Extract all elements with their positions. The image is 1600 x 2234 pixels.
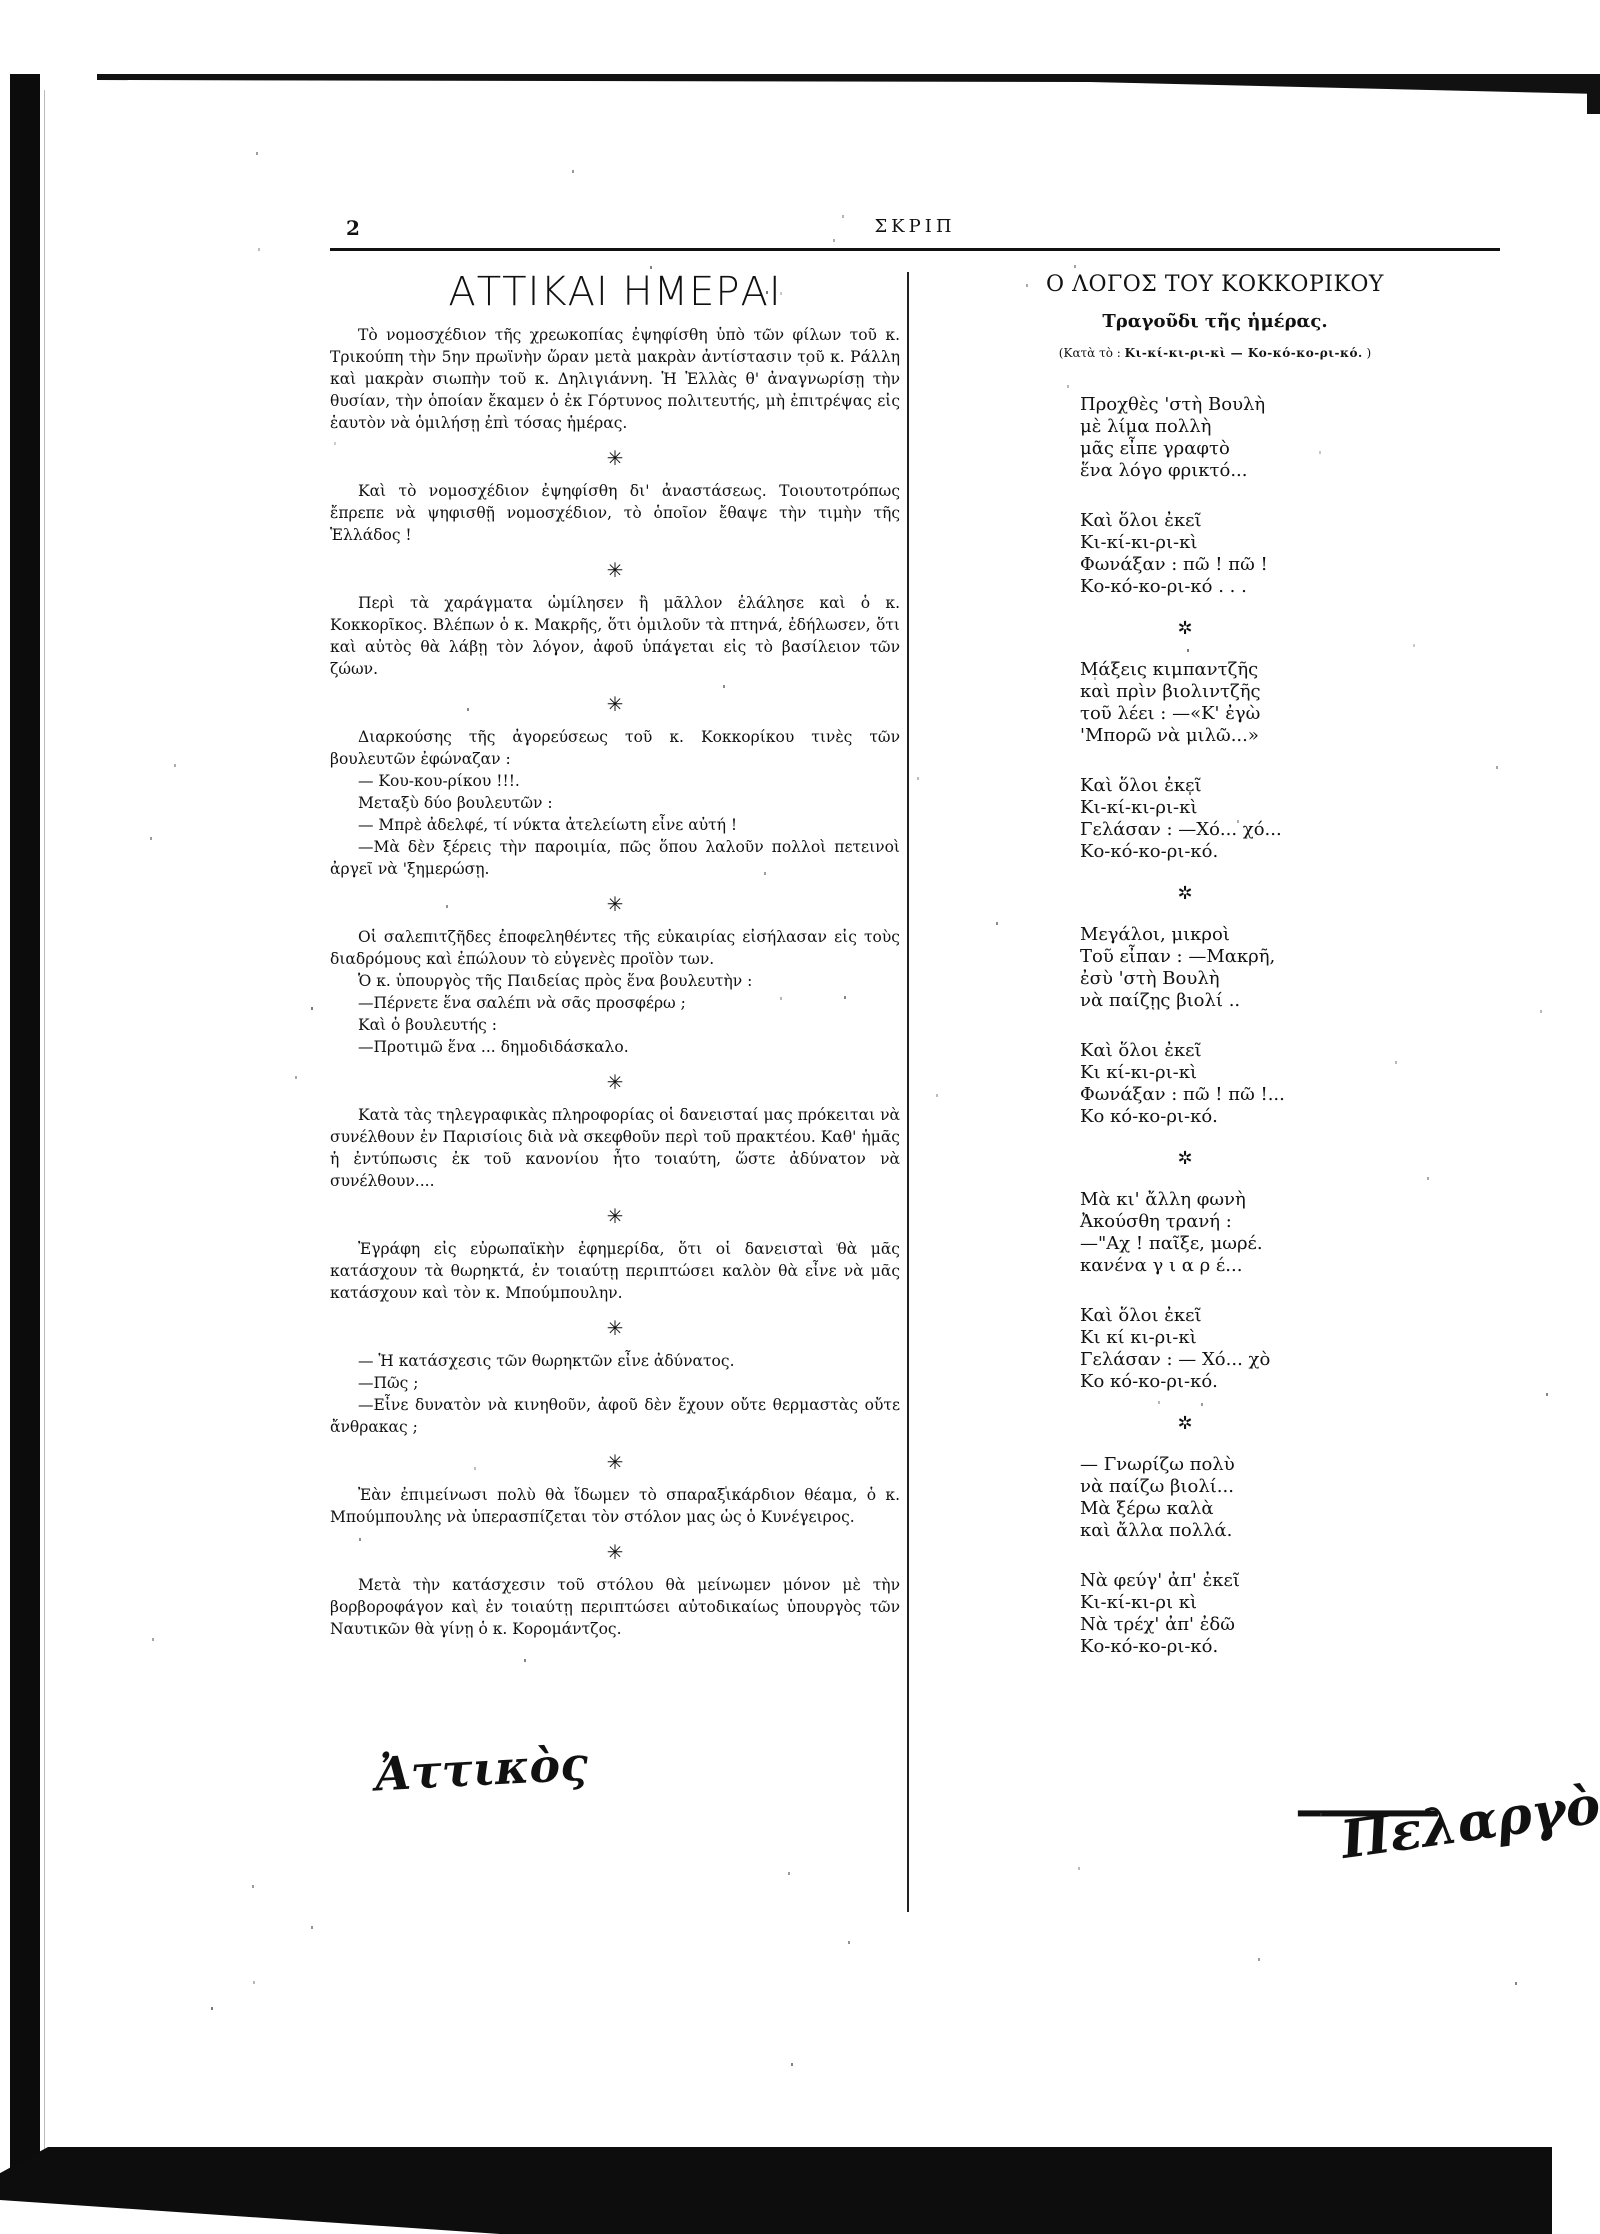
scan-speck [253, 1981, 255, 1984]
section-separator-star-icon: ✳ [330, 694, 900, 714]
poem-verse: Κι κί-κι-ρι-κὶ [1080, 1062, 1500, 1084]
poem-verse: μᾶς εἶπε γραφτὸ [1080, 438, 1500, 460]
paragraph-text: Περὶ τὰ χαράγματα ὡμίλησεν ἢ μᾶλλον ἐλάλ… [330, 594, 900, 678]
scan-speck [174, 764, 176, 767]
scan-speck [730, 1115, 732, 1118]
scan-speck [833, 239, 835, 242]
paragraph-text: Τὸ νομοσχέδιον τῆς χρεωκοπίας ἐψηφίσθη ὑ… [330, 326, 900, 432]
paragraph-text: —Εἶνε δυνατὸν νὰ κινηθοῦν, ἀφοῦ δὲν ἔχου… [330, 1396, 900, 1436]
paragraph-text: Ἐὰν ἐπιμείνωσι πολὺ θὰ ἴδωμεν τὸ σπαραξι… [330, 1486, 900, 1526]
paragraph-text: Ἐγράφη εἰς εὐρωπαϊκὴν ἐφημερίδα, ὅτι οἱ … [330, 1240, 900, 1302]
article-paragraph: Τὸ νομοσχέδιον τῆς χρεωκοπίας ἐψηφίσθη ὑ… [330, 324, 900, 434]
column-divider [907, 272, 909, 1912]
scan-speck [311, 1926, 313, 1929]
scan-speck [1258, 1958, 1260, 1961]
scan-speck [524, 1659, 526, 1662]
scan-speck [936, 1094, 938, 1097]
scan-speck [836, 1243, 838, 1246]
section-separator-star-icon: ✳ [330, 1542, 900, 1562]
scan-speck [1515, 1982, 1517, 1985]
poem-logos-tou-kokkorikou: Ο ΛΟΓΟΣ ΤΟΥ ΚΟΚΚΟΡΙΚΟΥ Τραγοῦδι τῆς ἡμέρ… [930, 260, 1500, 1686]
article-paragraph: —Μὰ δὲν ξέρεις τὴν παροιμία, πῶς ὅπου λα… [330, 836, 900, 880]
poem-verse: Κο-κό-κο-ρι-κό. [1080, 841, 1500, 863]
poem-verse: Κι-κί-κι-ρι κὶ [1080, 1592, 1500, 1614]
dialogue-line: —Πῶς ; [330, 1372, 900, 1394]
scan-speck [1026, 284, 1028, 287]
scan-speck [1540, 1010, 1542, 1013]
scan-speck [252, 1885, 254, 1888]
poem-verse: Κι-κί-κι-ρι-κὶ [1080, 797, 1500, 819]
poem-verse: Καὶ ὅλοι ἐκεῖ [1080, 775, 1500, 797]
scan-speck [791, 2063, 793, 2066]
paragraph-text: Οἱ σαλεπιτζῆδες ἐποφεληθέντες τῆς εὐκαιρ… [330, 928, 900, 968]
scan-speck [1496, 766, 1498, 769]
poem-verse: Μεγάλοι, μικροὶ [1080, 924, 1500, 946]
poem-stanza: Καὶ ὅλοι ἐκεῖΚι-κί-κι-ρι-κὶΓελάσαν : —Χό… [930, 775, 1500, 863]
poem-verse: Μὰ κι' ἄλλη φωνὴ [1080, 1189, 1500, 1211]
scan-speck [806, 363, 808, 366]
paragraph-text: —Μὰ δὲν ξέρεις τὴν παροιμία, πῶς ὅπου λα… [330, 838, 900, 878]
scan-speck [474, 1467, 476, 1470]
scan-speck [476, 1611, 478, 1614]
poem-verse: Κι-κί-κι-ρι-κὶ [1080, 532, 1500, 554]
article-title: ΑΤΤΙΚΑΙ ΗΜΕΡΑΙ [330, 268, 900, 316]
poem-verse: ἕνα λόγο φρικτό... [1080, 460, 1500, 482]
scan-speck [996, 922, 998, 925]
poem-verse: ἐσὺ 'στὴ Βουλὴ [1080, 968, 1500, 990]
article-attikai-imerai: ΑΤΤΙΚΑΙ ΗΜΕΡΑΙ Τὸ νομοσχέδιον τῆς χρεωκο… [330, 260, 900, 1640]
scan-speck [152, 1638, 154, 1641]
article-paragraph: Καὶ τὸ νομοσχέδιον ἐψηφίσθη δι' ἀναστάσε… [330, 480, 900, 546]
dialogue-line: — Ἡ κατάσχεσις τῶν θωρηκτῶν εἶνε ἀδύνατο… [330, 1350, 900, 1372]
scan-speck [1187, 649, 1189, 652]
scan-speck [842, 215, 844, 218]
scan-speck [256, 152, 258, 155]
signature-pelargos: Πελαργὸς [1337, 1770, 1600, 1871]
poem-stanza: Μάξεις κιμπαντζῆςκαὶ πρὶν βιολιντζῆςτοῦ … [930, 659, 1500, 747]
dialogue-line: — Κου-κου-ρίκου !!!. [330, 770, 900, 792]
article-paragraph: Κατὰ τὰς τηλεγραφικὰς πληροφορίας οἱ δαν… [330, 1104, 900, 1192]
scanned-newspaper-page: 2 ΣΚΡΙΠ ΑΤΤΙΚΑΙ ΗΜΕΡΑΙ Τὸ νομοσχέδιον τῆ… [0, 0, 1600, 2234]
scan-speck [295, 1076, 297, 1079]
poem-stanza: Νὰ φεύγ' ἀπ' ἐκεῖΚι-κί-κι-ρι κὶΝὰ τρέχ' … [930, 1570, 1500, 1658]
poem-verse: νὰ παίζω βιολί... [1080, 1476, 1500, 1498]
poem-verse: κανένα γ ι α ρ έ... [1080, 1255, 1500, 1277]
stanza-separator-star-icon: ✲ [870, 1413, 1500, 1434]
poem-stanza: Μὰ κι' ἄλλη φωνὴἈκούσθη τρανή :—"Αχ ! πα… [930, 1189, 1500, 1277]
scan-speck [1078, 1867, 1080, 1870]
scan-speck [409, 957, 411, 960]
scan-speck [1094, 677, 1096, 680]
signature-attikos: Ἀττικὸς [374, 1736, 590, 1801]
header-rule [330, 248, 1500, 251]
poem-verse: —"Αχ ! παῖξε, μωρέ. [1080, 1233, 1500, 1255]
scan-speck [311, 1007, 313, 1010]
dialogue-line: —Πέρνετε ἕνα σαλέπι νὰ σᾶς προσφέρω ; [330, 992, 900, 1014]
signature-text: Πελαργὸς [1337, 1770, 1600, 1871]
scan-speck [1189, 792, 1191, 795]
scan-speck [764, 872, 766, 875]
poem-verse: Καὶ ὅλοι ἐκεῖ [1080, 1040, 1500, 1062]
paragraph-text: Μετὰ τὴν κατάσχεσιν τοῦ στόλου θὰ μείνωμ… [330, 1576, 900, 1638]
section-separator-star-icon: ✳ [330, 1452, 900, 1472]
page-edge-line [44, 90, 45, 2150]
paragraph-text: Καὶ τὸ νομοσχέδιον ἐψηφίσθη δι' ἀναστάσε… [330, 482, 900, 544]
poem-verse: Γελάσαν : — Χό... χὸ [1080, 1349, 1500, 1371]
poem-verse: Γελάσαν : —Χό... χό... [1080, 819, 1500, 841]
article-paragraph: —Εἶνε δυνατὸν νὰ κινηθοῦν, ἀφοῦ δὲν ἔχου… [330, 1394, 900, 1438]
poem-stanzas: Προχθὲς 'στὴ Βουλὴμὲ λίμα πολλὴμᾶς εἶπε … [930, 394, 1500, 1658]
scan-speck [1546, 1393, 1548, 1396]
article-paragraph: Μετὰ τὴν κατάσχεσιν τοῦ στόλου θὰ μείνωμ… [330, 1574, 900, 1640]
scan-speck [650, 266, 652, 269]
poem-stanza: Καὶ ὅλοι ἐκεῖΚι-κί-κι-ρι-κὶΦωνάξαν : πῶ … [930, 510, 1500, 598]
poem-title: Ο ΛΟΓΟΣ ΤΟΥ ΚΟΚΚΟΡΙΚΟΥ [930, 272, 1500, 297]
poem-subtitle: Τραγοῦδι τῆς ἡμέρας. [930, 311, 1500, 332]
scan-speck [917, 777, 919, 780]
section-separator-star-icon: ✳ [330, 1072, 900, 1092]
scan-speck [1158, 1401, 1160, 1404]
scan-speck [780, 292, 782, 295]
article-paragraph: Περὶ τὰ χαράγματα ὡμίλησεν ἢ μᾶλλον ἐλάλ… [330, 592, 900, 680]
poem-verse: Νὰ φεύγ' ἀπ' ἐκεῖ [1080, 1570, 1500, 1592]
tune-note-name: Κι-κί-κι-ρι-κὶ — Κο-κό-κο-ρι-κό. [1125, 346, 1363, 360]
scan-speck [844, 996, 846, 999]
section-separator-star-icon: ✳ [330, 1206, 900, 1226]
section-separator-star-icon: ✳ [330, 448, 900, 468]
poem-verse: — Γνωρίζω πολὺ [1080, 1454, 1500, 1476]
scan-speck [766, 291, 768, 294]
poem-verse: 'Μπορῶ νὰ μιλῶ...» [1080, 725, 1500, 747]
poem-stanza: — Γνωρίζω πολὺνὰ παίζω βιολί...Μὰ ξέρω κ… [930, 1454, 1500, 1542]
poem-verse: καὶ ἄλλα πολλά. [1080, 1520, 1500, 1542]
poem-tune-note: (Κατὰ τὸ : Κι-κί-κι-ρι-κὶ — Κο-κό-κο-ρι-… [930, 346, 1500, 360]
scan-speck [446, 905, 448, 908]
tune-note-prefix: (Κατὰ τὸ : [1059, 346, 1121, 360]
scan-speck [780, 997, 782, 1000]
poem-stanza: Καὶ ὅλοι ἐκεῖΚι κί κι-ρι-κὶΓελάσαν : — Χ… [930, 1305, 1500, 1393]
stanza-separator-star-icon: ✲ [870, 618, 1500, 639]
article-paragraph: Οἱ σαλεπιτζῆδες ἐποφεληθέντες τῆς εὐκαιρ… [330, 926, 900, 970]
scan-speck [848, 1941, 850, 1944]
scan-speck [1320, 1813, 1322, 1816]
stanza-separator-star-icon: ✲ [870, 1148, 1500, 1169]
poem-verse: Φωνάξαν : πῶ ! πῶ !... [1080, 1084, 1500, 1106]
poem-verse: Καὶ ὅλοι ἐκεῖ [1080, 1305, 1500, 1327]
poem-verse: τοῦ λέει : —«Κ' ἐγὼ [1080, 703, 1500, 725]
scan-speck [788, 1872, 790, 1875]
scan-speck [1074, 265, 1076, 268]
scan-speck [1319, 451, 1321, 454]
section-separator-star-icon: ✳ [330, 560, 900, 580]
poem-verse: Μάξεις κιμπαντζῆς [1080, 659, 1500, 681]
tune-note-suffix: ) [1367, 346, 1372, 360]
poem-stanza: Καὶ ὅλοι ἐκεῖΚι κί-κι-ρι-κὶΦωνάξαν : πῶ … [930, 1040, 1500, 1128]
poem-verse: Μὰ ξέρω καλὰ [1080, 1498, 1500, 1520]
scan-speck [1427, 1177, 1429, 1180]
running-head: 2 ΣΚΡΙΠ [330, 216, 1500, 246]
dialogue-line: —Προτιμῶ ἕνα ... δημοδιδάσκαλο. [330, 1036, 900, 1058]
poem-verse: Τοῦ εἶπαν : —Μακρῆ, [1080, 946, 1500, 968]
poem-verse: Κι κί κι-ρι-κὶ [1080, 1327, 1500, 1349]
poem-verse: Κο κό-κο-ρι-κό. [1080, 1371, 1500, 1393]
poem-verse: Κο-κό-κο-ρι-κό. [1080, 1636, 1500, 1658]
scan-speck [1413, 644, 1415, 647]
section-separator-star-icon: ✳ [330, 894, 900, 914]
stanza-separator-star-icon: ✲ [870, 883, 1500, 904]
scan-speck [258, 248, 260, 251]
dialogue-line: Καὶ ὁ βουλευτής : [330, 1014, 900, 1036]
poem-stanza: Προχθὲς 'στὴ Βουλὴμὲ λίμα πολλὴμᾶς εἶπε … [930, 394, 1500, 482]
poem-verse: μὲ λίμα πολλὴ [1080, 416, 1500, 438]
dialogue-line: Ὁ κ. ὑπουργὸς τῆς Παιδείας πρὸς ἕνα βουλ… [330, 970, 900, 992]
scan-speck [486, 1005, 488, 1008]
scan-border-right [1587, 74, 1600, 114]
poem-stanza: Μεγάλοι, μικροὶΤοῦ εἶπαν : —Μακρῆ,ἐσὺ 'σ… [930, 924, 1500, 1012]
scan-speck [334, 442, 336, 445]
scan-border-left [10, 74, 40, 2234]
scan-speck [1395, 1061, 1397, 1064]
scan-speck [725, 1486, 727, 1489]
paragraph-text: Διαρκούσης τῆς ἀγορεύσεως τοῦ κ. Κοκκορί… [330, 728, 900, 768]
poem-verse: Φωνάξαν : πῶ ! πῶ ! [1080, 554, 1500, 576]
scan-border-top [97, 74, 1600, 94]
poem-verse: Ἀκούσθη τρανή : [1080, 1211, 1500, 1233]
scan-speck [1237, 820, 1239, 823]
article-paragraph: Ἐγράφη εἰς εὐρωπαϊκὴν ἐφημερίδα, ὅτι οἱ … [330, 1238, 900, 1304]
dialogue-line: Μεταξὺ δύο βουλευτῶν : [330, 792, 900, 814]
dialogue-line: — Μπρὲ ἀδελφέ, τί νύκτα ἀτελείωτη εἶνε α… [330, 814, 900, 836]
section-separator-star-icon: ✳ [330, 1318, 900, 1338]
article-paragraph: Διαρκούσης τῆς ἀγορεύσεως τοῦ κ. Κοκκορί… [330, 726, 900, 770]
paragraph-text: Κατὰ τὰς τηλεγραφικὰς πληροφορίας οἱ δαν… [330, 1106, 900, 1190]
scan-speck [359, 1538, 361, 1541]
article-paragraph: Ἐὰν ἐπιμείνωσι πολὺ θὰ ἴδωμεν τὸ σπαραξι… [330, 1484, 900, 1528]
scan-speck [723, 685, 725, 688]
scan-speck [1201, 1403, 1203, 1406]
article-body: Τὸ νομοσχέδιον τῆς χρεωκοπίας ἐψηφίσθη ὑ… [330, 324, 900, 1640]
scan-speck [150, 837, 152, 840]
poem-verse: Κο κό-κο-ρι-κό. [1080, 1106, 1500, 1128]
scan-speck [467, 708, 469, 711]
scan-speck [1067, 385, 1069, 388]
newspaper-name: ΣΚΡΙΠ [330, 216, 1500, 237]
poem-verse: καὶ πρὶν βιολιντζῆς [1080, 681, 1500, 703]
scan-speck [211, 2007, 213, 2010]
poem-verse: Προχθὲς 'στὴ Βουλὴ [1080, 394, 1500, 416]
scan-speck [572, 170, 574, 173]
poem-verse: νὰ παίζῃς βιολί .. [1080, 990, 1500, 1012]
poem-verse: Νὰ τρέχ' ἀπ' ἐδῶ [1080, 1614, 1500, 1636]
poem-verse: Κο-κό-κο-ρι-κό . . . [1080, 576, 1500, 598]
poem-verse: Καὶ ὅλοι ἐκεῖ [1080, 510, 1500, 532]
